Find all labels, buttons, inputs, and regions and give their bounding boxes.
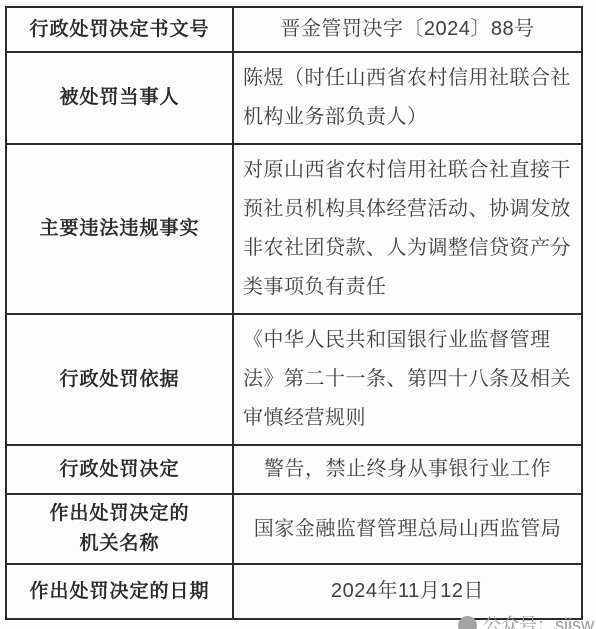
row-decision-date-label: 作出处罚决定的日期 (7, 565, 232, 618)
label-text: 被处罚当事人 (59, 83, 179, 113)
value-text: 国家金融监督管理总局山西监管局 (254, 510, 562, 549)
label-text: 行政处罚决定书文号 (29, 15, 209, 45)
penalty-decision-table: 行政处罚决定书文号 晋金管罚决字〔2024〕88号 被处罚当事人 陈煜（时任山西… (5, 6, 583, 620)
round-logo-icon (458, 616, 477, 629)
label-text: 作出处罚决定的 机关名称 (49, 499, 189, 559)
penalty-decision-screenshot: { "table": { "rows": [ { "label": "行政处罚决… (0, 0, 596, 629)
row-authority-name-label: 作出处罚决定的 机关名称 (7, 495, 232, 565)
label-text: 作出处罚决定的日期 (29, 577, 209, 607)
label-text: 主要违法违规事实 (39, 214, 199, 244)
row-violation-facts-label: 主要违法违规事实 (7, 145, 232, 315)
label-text: 行政处罚决定 (59, 455, 179, 485)
value-text: 晋金管罚决字〔2024〕88号 (280, 10, 534, 49)
value-text: 陈煜（时任山西省农村信用社联合社 机构业务部负责人） (243, 59, 571, 137)
row-decision-date-value: 2024年11月12日 (232, 565, 581, 618)
row-punished-party-label: 被处罚当事人 (7, 53, 232, 145)
row-violation-facts-value: 对原山西省农村信用社联合社直接干 预社员机构具体经营活动、协调发放 非农社团贷款… (232, 145, 581, 315)
row-punished-party-value: 陈煜（时任山西省农村信用社联合社 机构业务部负责人） (232, 53, 581, 145)
value-text: 对原山西省农村信用社联合社直接干 预社员机构具体经营活动、协调发放 非农社团贷款… (243, 151, 571, 307)
value-text: 2024年11月12日 (331, 572, 484, 611)
row-doc-number-label: 行政处罚决定书文号 (7, 8, 232, 53)
row-penalty-decision-value: 警告，禁止终身从事银行业工作 (232, 446, 581, 495)
label-text: 行政处罚依据 (59, 365, 179, 395)
value-text: 《中华人民共和国银行业监督管理 法》第二十一条、第四十八条及相关 审慎经营规则 (243, 321, 571, 438)
wechat-account-watermark: 公众号：siisw (458, 615, 594, 629)
watermark-text: 公众号：siisw (483, 615, 594, 629)
row-penalty-basis-label: 行政处罚依据 (7, 315, 232, 446)
value-text: 警告，禁止终身从事银行业工作 (264, 450, 551, 489)
row-penalty-basis-value: 《中华人民共和国银行业监督管理 法》第二十一条、第四十八条及相关 审慎经营规则 (232, 315, 581, 446)
row-penalty-decision-label: 行政处罚决定 (7, 446, 232, 495)
row-authority-name-value: 国家金融监督管理总局山西监管局 (232, 495, 581, 565)
row-doc-number-value: 晋金管罚决字〔2024〕88号 (232, 8, 581, 53)
